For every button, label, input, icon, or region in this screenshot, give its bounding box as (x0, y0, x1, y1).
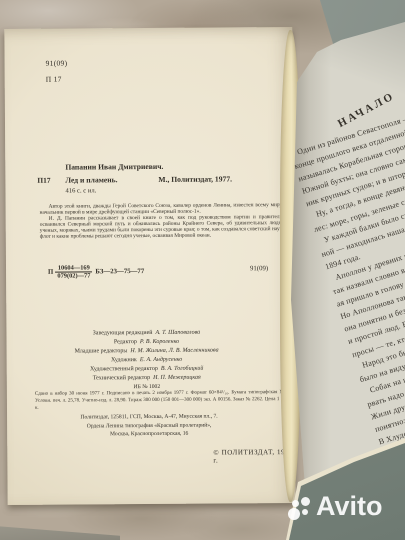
print-details: Сдано в набор 30 июня 1977 г. Подписано … (35, 390, 291, 413)
book-text: Один из районов Севастополя — вконце про… (289, 75, 405, 449)
book-text-line: Аполлон у древних греков был (327, 200, 405, 286)
book-text-line: ая пришло в голову какому-то (335, 225, 405, 311)
book-text-line: Собак на цепи — (362, 313, 405, 399)
book-text-line: было на виду. Да и (358, 300, 405, 386)
book-text-line: Ну, а тогда, в конце девяностых (308, 138, 405, 224)
book-text-line: Жили дружно, каждый, (369, 338, 405, 424)
logo-circle (302, 509, 308, 515)
book-text-line: она понятно и без объяснений. Н (343, 250, 405, 336)
udc-code: 91(09) (46, 59, 68, 68)
watermark-label: Avito (316, 491, 383, 522)
annotation-paragraph: И. Д. Папанин рассказывает в своей книге… (40, 215, 292, 240)
formula-fraction: 10604—169 079(02)—77 (55, 264, 92, 280)
biblio-collation: 416 с. с ил. (65, 187, 96, 194)
book-text-line: Народ это был неприхотливый (354, 288, 405, 374)
annotation: Автор этой книги, дважды Герой Советског… (40, 203, 292, 240)
book-text-line: лес: море, горы, зеленые скаты хо (312, 150, 405, 236)
logo-circle (288, 508, 300, 520)
avito-watermark: Avito (288, 494, 405, 534)
logo-circle (292, 500, 299, 507)
book-text-line: У каждой балки было свое назва (316, 163, 405, 249)
printing-house: Ордена Ленина типография «Красный пролет… (21, 422, 277, 439)
book-text-line: конце прошлого века отдаленной сто (293, 87, 405, 173)
formula-suffix: БЗ—23—75—77 (95, 268, 144, 275)
book-text-line: просы — те, кто обслуживал ко (350, 275, 405, 361)
book-text-line: Южной бухты; она словно самой пр (300, 112, 405, 198)
book-text-line: Один из районов Севастополя — в (289, 75, 405, 161)
printing-house-line: Москва, Краснопролетарская, 16 (21, 430, 277, 439)
book-text-line: понятно: богатство рожд (373, 350, 405, 436)
book-text-line: В Хлудове счит (377, 363, 405, 449)
editorial-credits: Заведующая редакциейА. Т. Шаповалова Ред… (20, 328, 272, 384)
book-text-line: ной — находилась наша жилище (320, 175, 405, 261)
book-text-line: 1894 года. (323, 188, 405, 274)
avito-logo-icon (288, 496, 314, 526)
udc-code-right: 91(09) (250, 265, 268, 272)
chapter-title: НАЧАЛО (336, 90, 397, 130)
biblio-author: Папанин Иван Дмитриевич. (65, 162, 163, 172)
book-photo-scene: 91(09) П 17 Папанин Иван Дмитриевич. П17… (0, 0, 405, 540)
book-text-line: называлась Корабельная сторона (297, 100, 405, 186)
book-text-line: Но Аполлонова так Аполлонов (339, 238, 405, 324)
publisher-address: Политиздат, 125811, ГСП, Москва, А-47, М… (21, 413, 277, 422)
library-index: 91(09) П 17 (46, 59, 68, 84)
biblio-imprint: М., Политиздат, 1977. (158, 174, 232, 184)
book-text-line: ник крупных судов; и в шторм зде (304, 125, 405, 211)
formula-prefix: П (48, 269, 53, 276)
logo-circle (301, 497, 310, 506)
biblio-code: П17 (37, 176, 50, 185)
book-text-line: так назвали словно в насмешку. В (331, 213, 405, 299)
author-sign-code: П 17 (46, 75, 68, 84)
classification-formula: П 10604—169 079(02)—77 БЗ—23—75—77 (48, 264, 144, 280)
colophon-page: 91(09) П 17 Папанин Иван Дмитриевич. П17… (4, 27, 295, 505)
book-text-line: рвать надо, а жили ворог (366, 325, 405, 411)
book-text-line: и простой люд. В основном это (346, 263, 405, 349)
biblio-title: Лед и пламень. (65, 175, 117, 184)
